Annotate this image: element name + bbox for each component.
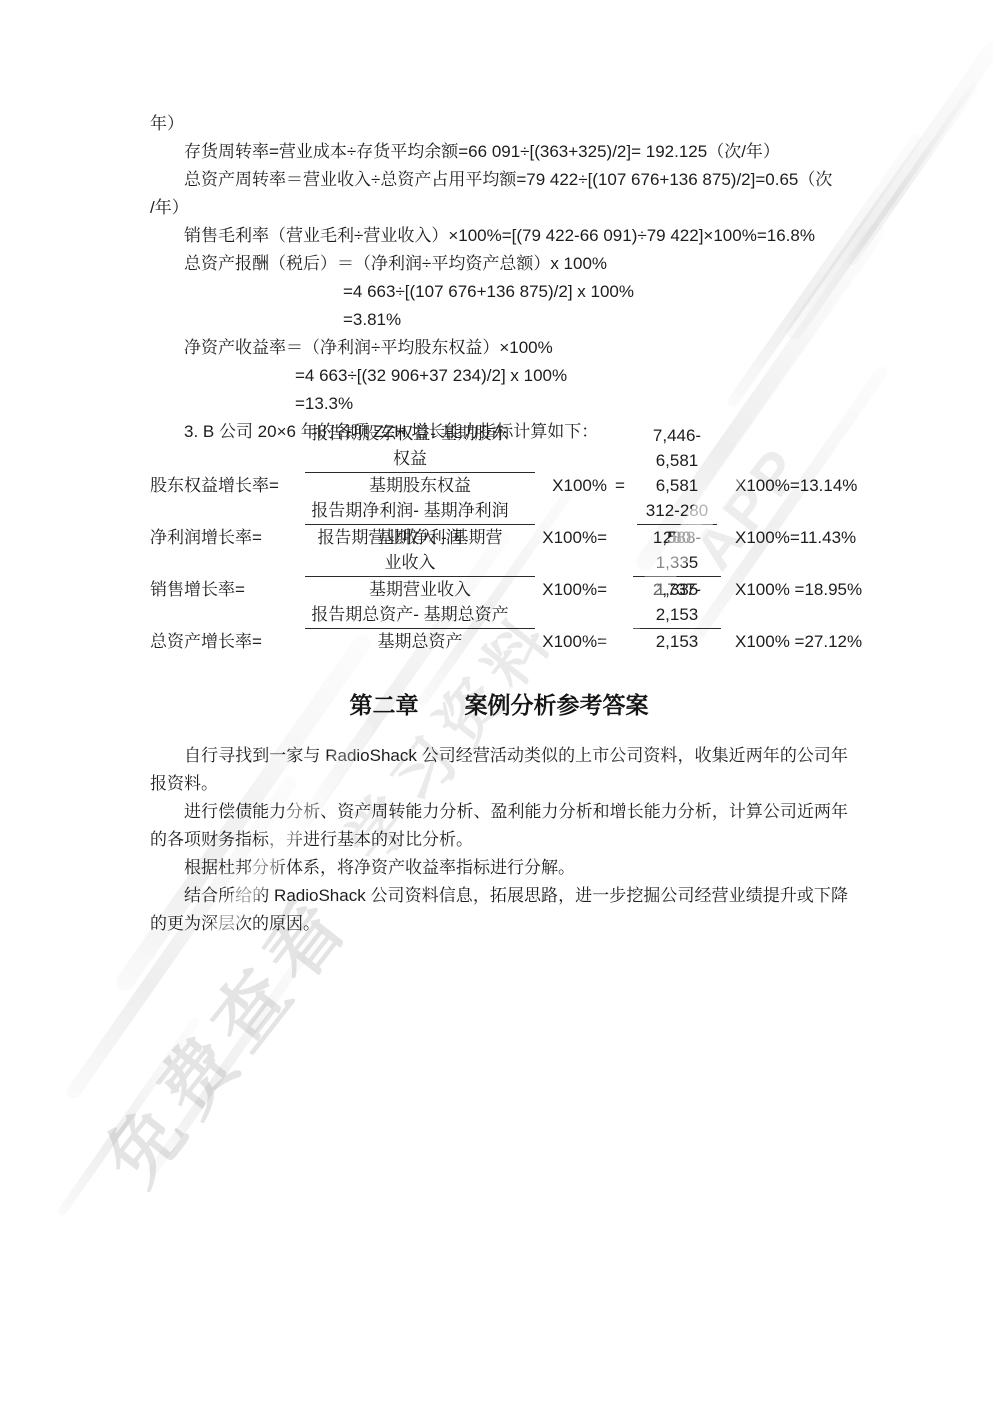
value-denominator: 6,581 bbox=[633, 473, 721, 498]
fraction-numerator: 报告期股东权益- 基期股东权益 bbox=[305, 421, 535, 473]
fraction-numerator: 报告期总资产- 基期总资产 bbox=[305, 602, 534, 629]
document-content: 年） 存货周转率=营业成本÷存货平均余额=66 091÷[(363+325)/2… bbox=[150, 110, 848, 938]
growth-rate-label: 销售增长率= bbox=[150, 577, 305, 602]
growth-rate-label: 总资产增长率= bbox=[150, 629, 305, 654]
value-numerator: 312-280 bbox=[637, 498, 717, 525]
growth-rate-result: X100% =18.95% bbox=[721, 577, 862, 602]
growth-rate-block: 报告期股东权益- 基期股东权益 7,446- 6,581 股东权益增长率= 基期… bbox=[150, 448, 848, 498]
case-paragraph: 结合所给的 RadioShack 公司资料信息，拓展思路，进一步挖掘公司经营业绩… bbox=[150, 882, 848, 938]
growth-rate-result: X100%=13.14% bbox=[721, 473, 857, 498]
formula-line: =4 663÷[(32 906+37 234)/2] x 100% bbox=[150, 362, 848, 390]
formula-line: /年） bbox=[150, 194, 848, 222]
equals-sign: = bbox=[607, 473, 633, 498]
document-page: 免费查看 学习资料 APP 年） 存货周转率=营业成本÷存货平均余额=66 09… bbox=[0, 0, 993, 1404]
growth-rate-block: 报告期总资产- 基期总资产 2,737-2,153 总资产增长率= 基期总资产 … bbox=[150, 604, 848, 654]
growth-rate-block: 报告期营业收入 - 基期营业收入 1,588-1,335 销售增长率= 基期营业… bbox=[150, 552, 848, 602]
fraction-denominator-row: 销售增长率= 基期营业收入 X100%= 1,335 X100% =18.95% bbox=[150, 577, 848, 602]
formula-line: 销售毛利率（营业毛利÷营业收入）×100%=[(79 422-66 091)÷7… bbox=[150, 222, 848, 250]
fraction-numerator-row: 报告期营业收入 - 基期营业收入 1,588-1,335 bbox=[150, 552, 848, 577]
fraction-numerator-row: 报告期净利润- 基期净利润 312-280 bbox=[150, 500, 848, 525]
chapter-heading: 第二章 案例分析参考答案 bbox=[150, 690, 848, 720]
value-numerator: 1,588-1,335 bbox=[633, 525, 721, 577]
chapter-title: 案例分析参考答案 bbox=[465, 690, 649, 720]
fraction-numerator: 报告期净利润- 基期净利润 bbox=[305, 498, 534, 525]
growth-rate-label: 净利润增长率= bbox=[150, 525, 305, 550]
fraction-numerator-row: 报告期股东权益- 基期股东权益 7,446- 6,581 bbox=[150, 448, 848, 473]
value-numerator: 2,737-2,153 bbox=[633, 577, 721, 629]
formula-line: =13.3% bbox=[150, 390, 848, 418]
growth-rate-label: 股东权益增长率= bbox=[150, 473, 305, 498]
case-paragraph: 根据杜邦分析体系，将净资产收益率指标进行分解。 bbox=[150, 854, 848, 882]
fraction-denominator: 基期总资产 bbox=[305, 629, 535, 654]
case-paragraph: 自行寻找到一家与 RadioShack 公司经营活动类似的上市公司资料，收集近两… bbox=[150, 742, 848, 798]
multiplier-x100: X100%= bbox=[535, 629, 607, 654]
formula-line: 总资产周转率＝营业收入÷总资产占用平均额=79 422÷[(107 676+13… bbox=[150, 166, 848, 194]
fraction-denominator-row: 总资产增长率= 基期总资产 X100%= 2,153 X100% =27.12% bbox=[150, 629, 848, 654]
case-paragraph: 进行偿债能力分析、资产周转能力分析、盈利能力分析和增长能力分析，计算公司近两年的… bbox=[150, 798, 848, 854]
formula-line: =4 663÷[(107 676+136 875)/2] x 100% bbox=[150, 278, 848, 306]
formula-line: 净资产收益率＝（净利润÷平均股东权益）×100% bbox=[150, 334, 848, 362]
fraction-denominator: 基期股东权益 bbox=[305, 473, 535, 498]
fraction-numerator-row: 报告期总资产- 基期总资产 2,737-2,153 bbox=[150, 604, 848, 629]
multiplier-x100: X100% bbox=[535, 473, 607, 498]
fraction-denominator-row: 股东权益增长率= 基期股东权益 X100% = 6,581 X100%=13.1… bbox=[150, 473, 848, 498]
formula-line: 年） bbox=[150, 110, 848, 138]
formula-line: 存货周转率=营业成本÷存货平均余额=66 091÷[(363+325)/2]= … bbox=[150, 138, 848, 166]
multiplier-x100: X100%= bbox=[535, 577, 607, 602]
multiplier-x100: X100%= bbox=[535, 525, 607, 550]
chapter-number: 第二章 bbox=[350, 690, 419, 720]
value-numerator: 7,446- 6,581 bbox=[633, 423, 721, 473]
growth-rate-result: X100%=11.43% bbox=[721, 525, 856, 550]
formula-line: 总资产报酬（税后）＝（净利润÷平均资产总额）x 100% bbox=[150, 250, 848, 278]
fraction-numerator: 报告期营业收入 - 基期营业收入 bbox=[305, 525, 535, 577]
fraction-denominator: 基期营业收入 bbox=[305, 577, 535, 602]
growth-rate-result: X100% =27.12% bbox=[721, 629, 862, 654]
value-denominator: 2,153 bbox=[633, 629, 721, 654]
formula-line: =3.81% bbox=[150, 306, 848, 334]
